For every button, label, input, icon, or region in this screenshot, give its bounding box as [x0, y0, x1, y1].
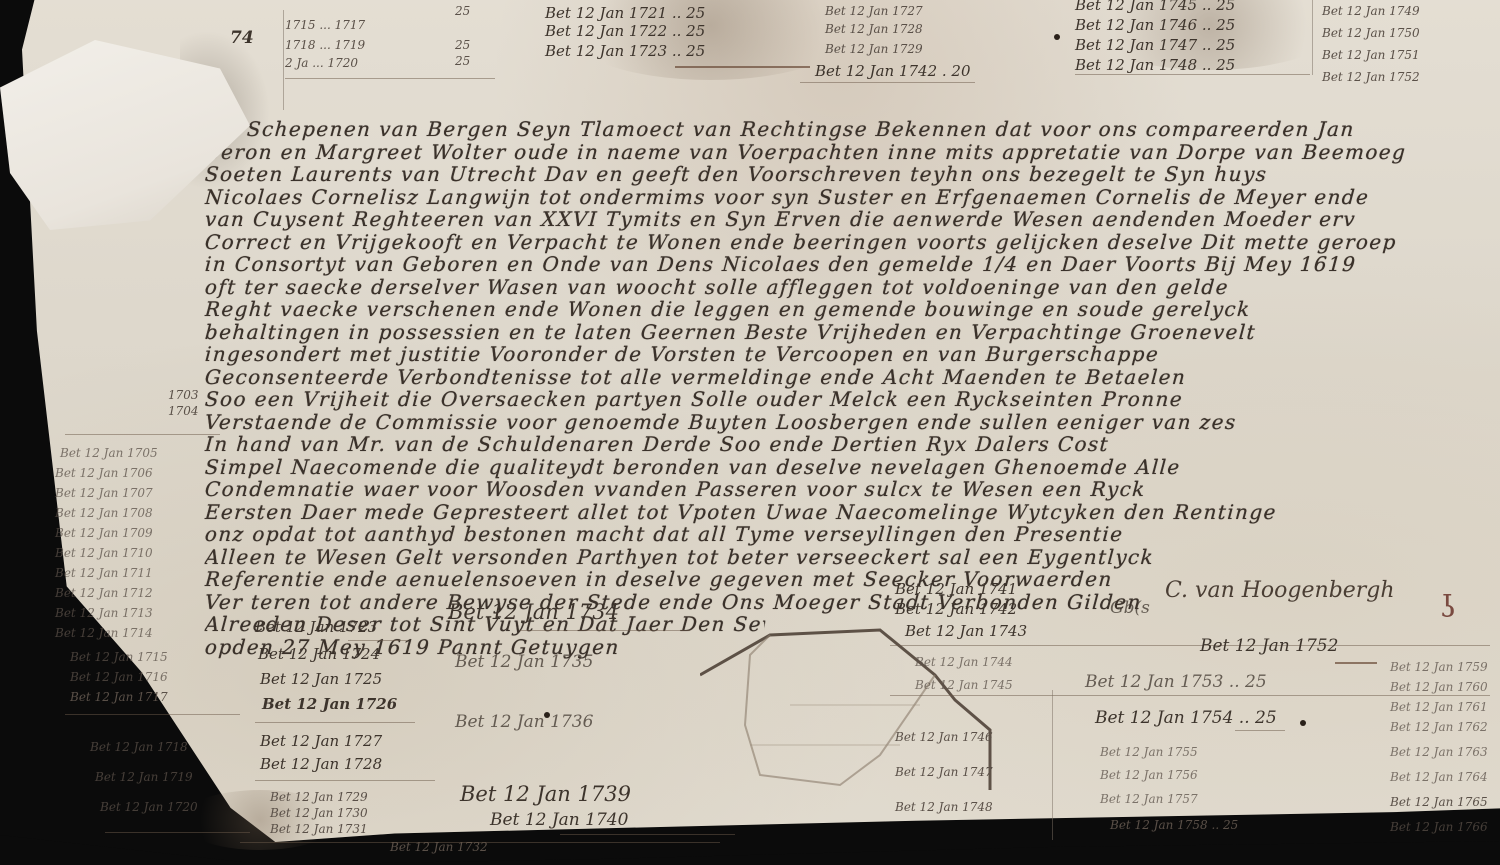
body-line: behaltingen in possessien en te laten Ge…: [204, 321, 1496, 344]
body-line: Wy Schepenen van Bergen Seyn Tlamoect va…: [204, 118, 1496, 141]
body-line: Eersten Daer mede Gepresteert allet tot …: [204, 501, 1496, 524]
deed-body-text: Wy Schepenen van Bergen Seyn Tlamoect va…: [205, 118, 1495, 658]
ink-spot: [1054, 34, 1060, 40]
signature-date: Bet 12 Jan 1752: [1200, 636, 1338, 656]
underline: [1235, 730, 1285, 731]
underline: [255, 780, 435, 781]
body-line: Simpel Naecomende die qualiteydt beronde…: [204, 456, 1496, 479]
divider: [1075, 74, 1310, 75]
signature-prefix: Gb(s: [1110, 598, 1150, 618]
body-line: Correct en Vrijgekooft en Verpacht te Wo…: [204, 231, 1496, 254]
divider: [890, 645, 1490, 646]
divider: [65, 434, 220, 435]
underline: [560, 834, 735, 835]
divider: [1312, 0, 1313, 75]
body-line: in Consortyt van Geboren en Onde van Den…: [204, 253, 1496, 276]
body-line: van Cuysent Reghteeren van XXVI Tymits e…: [204, 208, 1496, 231]
underline: [255, 722, 415, 723]
body-line: ingesondert met justitie Vooronder de Vo…: [204, 343, 1496, 366]
ink-spot: [1300, 720, 1306, 726]
underline: [348, 640, 408, 641]
body-line: Condemnatie waer voor Woosden vvanden Pa…: [204, 478, 1496, 501]
divider: [65, 714, 240, 715]
underline: [800, 82, 975, 83]
divider: [283, 10, 284, 110]
underline: [520, 630, 690, 631]
body-line: In hand van Mr. van de Schuldenaren Derd…: [204, 433, 1496, 456]
body-line: Reght vaecke verschenen ende Wonen die l…: [204, 298, 1496, 321]
divider: [890, 695, 1490, 696]
signature-flourish: ʖ: [1440, 590, 1456, 625]
top-center-total: Bet 12 Jan 1742 . 20: [815, 62, 971, 80]
body-line: onz opdat tot aanthyd bestonen macht dat…: [204, 523, 1496, 546]
body-line: Nicolaes Cornelisz Langwijn tot ondermim…: [204, 186, 1496, 209]
body-line: oft ter saecke derselver Wasen van wooch…: [204, 276, 1496, 299]
body-line: Verstaende de Commissie voor genoemde Bu…: [204, 411, 1496, 434]
body-line: Geconsenteerde Verbondtenisse tot alle v…: [204, 366, 1496, 389]
divider: [105, 832, 250, 833]
underline: [1335, 662, 1377, 664]
body-line: Soeten Laurents van Utrecht Dav en geeft…: [204, 163, 1496, 186]
body-line: Beron en Margreet Wolter oude in naeme v…: [204, 141, 1496, 164]
photo-stage: 74 1715 ... 1717 1718 ... 1719 2 Ja ... …: [0, 0, 1500, 865]
highlight-date: Bet 12 Jan 1734: [448, 600, 619, 624]
divider: [240, 842, 720, 843]
divider: [1052, 690, 1053, 840]
underline: [675, 66, 810, 68]
signature-name: C. van Hoogenbergh: [1165, 578, 1395, 603]
body-line: Alleen te Wesen Gelt versonden Parthyen …: [204, 546, 1496, 569]
divider: [285, 78, 495, 79]
body-line: Soo een Vrijheit die Oversaecken partyen…: [204, 388, 1496, 411]
ink-spot: [544, 712, 550, 718]
